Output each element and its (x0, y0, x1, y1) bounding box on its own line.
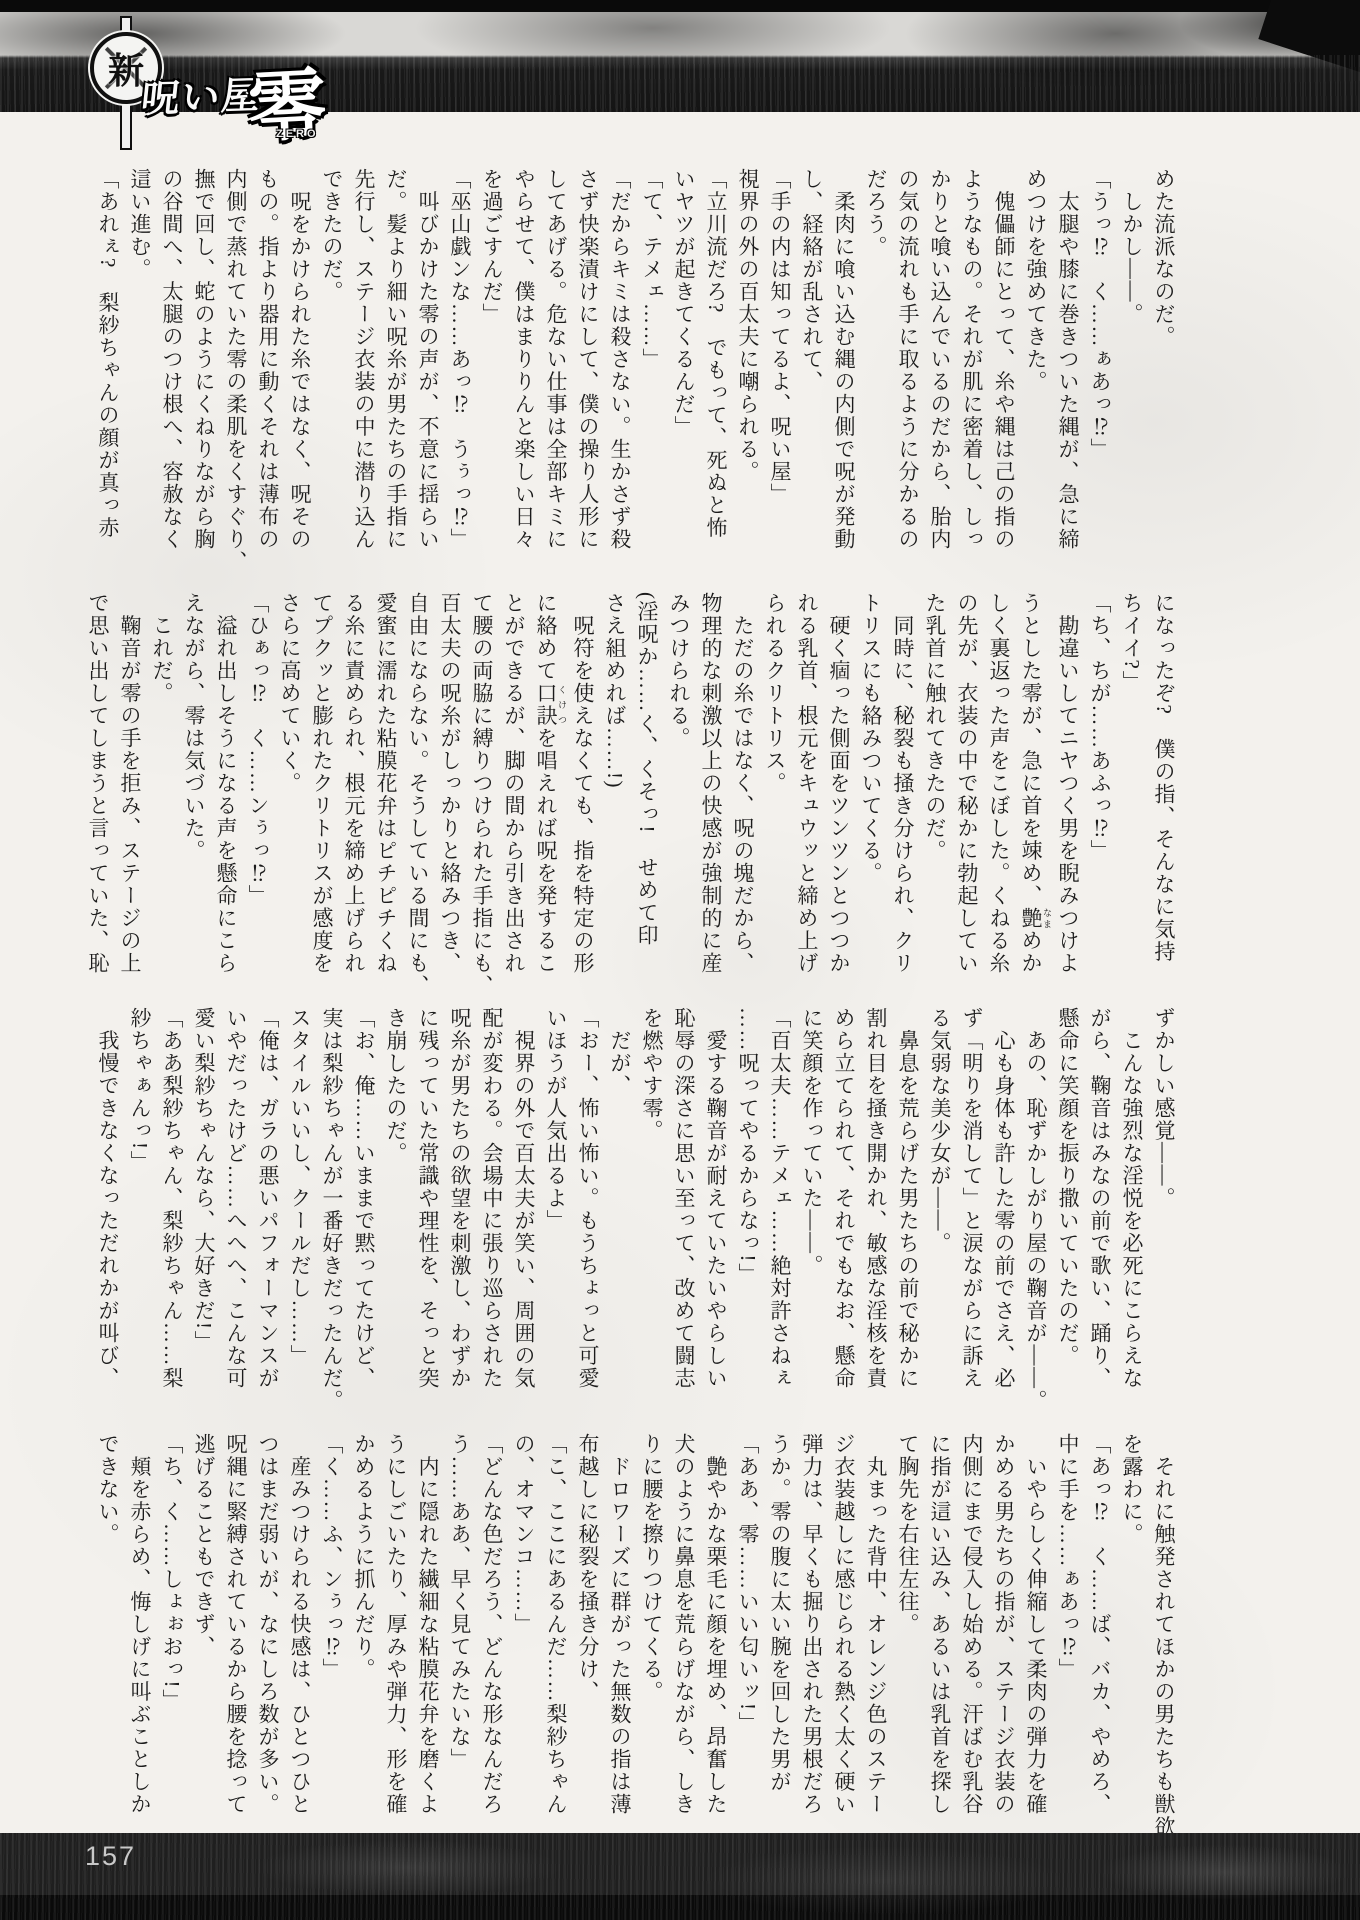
text-line: 呪糸が男たちの欲望を刺激し、わずか (444, 1007, 476, 1391)
text-line: しく裏返った声をこぼした。くねる糸 (983, 592, 1015, 976)
text-line: あの、恥ずかしがり屋の鞠音が——。 (1020, 1007, 1052, 1391)
text-line: 内側にまで侵入し始める。汗ばむ乳谷 (956, 1433, 988, 1817)
text-line: もの。指より器用に動くそれは薄布の (252, 168, 284, 552)
text-line: だ。髪より細い呪糸が男たちの手指に (380, 168, 412, 552)
page-number: 157 (85, 1841, 136, 1872)
text-line: とができるが、脚の間から引き出され (498, 592, 530, 976)
text-line: いヤツが起きてくるんだ」 (668, 168, 700, 552)
text-line: 「どんな色だろう、どんな形なんだろ (476, 1433, 508, 1817)
text-line: を燃やす零。 (636, 1007, 668, 1391)
text-line: 百太夫の呪糸がしっかりと絡みつき、 (434, 592, 466, 976)
text-line: めた流派なのだ。 (1148, 168, 1180, 552)
text-line: 鞠音が零の手を拒み、ステージの上 (114, 592, 146, 976)
text-line: 「く……ふ、ンぅっ⁉」 (316, 1433, 348, 1817)
text-line: ジ衣装越しに感じられる熱く太く硬い (828, 1433, 860, 1817)
text-line: えながら、零は気づいた。 (178, 592, 210, 976)
text-line: がら、鞠音はみなの前で歌い、踊り、 (1084, 1007, 1116, 1391)
text-line: 「だからキミは殺さない。生かさず殺 (604, 168, 636, 552)
text-line: 逃げることもできず、 (188, 1433, 220, 1817)
text-line: 配が変わる。会場中に張り巡らされた (476, 1007, 508, 1391)
text-line: 先行し、ステージ衣装の中に潜り込ん (348, 168, 380, 552)
text-line: て腰の両脇に縛りつけられた手指にも、 (466, 592, 498, 976)
text-line: の気の流れも手に取るように分かるの (892, 168, 924, 552)
text-line: 視界の外の百太夫に嘲られる。 (732, 168, 764, 552)
text-line: してあげる。危ない仕事は全部キミに (540, 168, 572, 552)
text-line: いやだったけど……へへへ、こんな可 (220, 1007, 252, 1391)
text-line: 「お、俺……いままで黙ってたけど、 (348, 1007, 380, 1391)
text-line: これだ。 (146, 592, 178, 976)
text-line: 「ひぁっ⁉ く……ンぅっ⁉」 (242, 592, 274, 976)
text-line: てプクッと膨れたクリトリスが感度を (306, 592, 338, 976)
text-line: 恥辱の深さに思い至って、改めて闘志 (668, 1007, 700, 1391)
text-line: ようなもの。それが肌に密着し、しっ (956, 168, 988, 552)
text-line: かめるように抓んだり。 (348, 1433, 380, 1817)
text-line: 「立川流だろ? でもって、死ぬと怖 (700, 168, 732, 552)
text-line: し、経絡が乱されて、 (796, 168, 828, 552)
text-line: 「あっ⁉ く……ば、バカ、やめろ、 (1084, 1433, 1116, 1817)
text-line: かめる男たちの指が、ステージ衣装の (988, 1433, 1020, 1817)
text-line: いやらしく伸縮して柔肉の弾力を確 (1020, 1433, 1052, 1817)
text-line: 硬く痼った側面をツンツンとつつか (823, 592, 855, 976)
text-line: ずかしい感覚——。 (1148, 1007, 1180, 1391)
text-line: の先が、衣装の中で秘かに勃起してい (951, 592, 983, 976)
text-line: 懸命に笑顔を振り撒いていたのだ。 (1052, 1007, 1084, 1391)
text-line: ず「明りを消して」と涙ながらに訴え (956, 1007, 988, 1391)
text-line: て胸先を右往左往。 (892, 1433, 924, 1817)
text-line: 紗ちゃぁんっ!」 (124, 1007, 156, 1391)
text-line: 頬を赤らめ、悔しげに叫ぶことしか (124, 1433, 156, 1817)
text-line: できたのだ。 (316, 168, 348, 552)
text-line: 布越しに秘裂を掻き分け、 (572, 1433, 604, 1817)
text-line: 犬のように鼻息を荒らげながら、しき (668, 1433, 700, 1817)
text-line: やらせて、僕はまりりんと楽しい日々 (508, 168, 540, 552)
logo-emblem-char: 新 (108, 43, 144, 94)
text-line: ……呪ってやるからなっ!」 (732, 1007, 764, 1391)
text-line: 心も身体も許した零の前でさえ、必 (988, 1007, 1020, 1391)
text-line: 「俺は、ガラの悪いパフォーマンスが (252, 1007, 284, 1391)
text-line: 産みつけられる快感は、ひとつひと (284, 1433, 316, 1817)
text-line: だが、 (604, 1007, 636, 1391)
text-line: それに触発されてほかの男たちも獣欲 (1148, 1433, 1180, 1817)
text-line: 「あれぇ? 梨紗ちゃんの顔が真っ赤 (92, 168, 124, 552)
text-line: 艶やかな栗毛に顔を埋め、昂奮した (700, 1433, 732, 1817)
text-line: めつけを強めてきた。 (1020, 168, 1052, 552)
text-line: 物理的な刺激以上の快感が強制的に産 (695, 592, 727, 976)
text-line: 鼻息を荒らげた男たちの前で秘かに (892, 1007, 924, 1391)
text-line: 内に隠れた繊細な粘膜花弁を磨くよ (412, 1433, 444, 1817)
text-line: 「巫山戯ンな……あっ⁉ うぅっ⁉」 (444, 168, 476, 552)
text-line: 「ち、ちが……あふっ⁉」 (1084, 592, 1116, 976)
text-line: に絡めて口訣くけつを唱えれば呪を発するこ (530, 592, 567, 976)
text-line: トリスにも絡みついてくる。 (855, 592, 887, 976)
logo-zero-caption: ZERO (276, 128, 319, 140)
text-line: 視界の外で百太夫が笑い、周囲の気 (508, 1007, 540, 1391)
text-line: れる乳首、根元をキュウッと締め上げ (791, 592, 823, 976)
text-line: 太腿や膝に巻きついた縄が、急に締 (1052, 168, 1084, 552)
text-line: 「ああ、零……いい匂いッ!」 (732, 1433, 764, 1817)
text-line: ちイイ?」 (1116, 592, 1148, 976)
text-line: さず快楽漬けにして、僕の操り人形に (572, 168, 604, 552)
text-line: 呪をかけられた糸ではなく、呪その (284, 168, 316, 552)
logo-zero-char: 零 (245, 42, 329, 158)
text-line: しかし——。 (1116, 168, 1148, 552)
text-line: る気弱な美少女が——。 (924, 1007, 956, 1391)
text-line: 「うっ⁉ く……ぁあっ⁉」 (1084, 168, 1116, 552)
text-band-1: めた流派なのだ。 しかし——。「うっ⁉ く……ぁあっ⁉」 太腿や膝に巻きついた縄… (85, 168, 1180, 552)
text-line: で思い出してしまうと言っていた、恥 (82, 592, 114, 976)
text-line: 呪符を使えなくても、指を特定の形 (567, 592, 599, 976)
text-band-4: それに触発されてほかの男たちも獣欲を露わに。「あっ⁉ く……ば、バカ、やめろ、中… (85, 1433, 1180, 1817)
text-line: られるクリトリス。 (759, 592, 791, 976)
text-line: うにしごいたり、厚みや弾力、形を確 (380, 1433, 412, 1817)
text-line: の、オマンコ……」 (508, 1433, 540, 1817)
text-line: みつけられる。 (663, 592, 695, 976)
text-line: いほうが人気出るよ」 (540, 1007, 572, 1391)
text-line: る糸に責められ、根元を締め上げられ (338, 592, 370, 976)
text-line: 内側で蒸れていた零の柔肌をくすぐり、 (220, 168, 252, 552)
text-line: かりと喰い込んでいるのだから、胎内 (924, 168, 956, 552)
text-line: た乳首に触れてきたのだ。 (919, 592, 951, 976)
text-line: を過ごすんだ」 (476, 168, 508, 552)
text-line: 「おー、怖い怖い。もうちょっと可愛 (572, 1007, 604, 1391)
text-band-3: ずかしい感覚——。 こんな強烈な淫悦を必死にこらえながら、鞠音はみなの前で歌い、… (85, 1007, 1180, 1391)
text-line: 丸まった背中、オレンジ色のステー (860, 1433, 892, 1817)
text-line: 「こ、ここにあるんだ……梨紗ちゃん (540, 1433, 572, 1817)
text-line: 「ち、く……しょぉおっ!」 (156, 1433, 188, 1817)
text-line: き崩したのだ。 (380, 1007, 412, 1391)
text-line: 傀儡師にとって、糸や縄は己の指の (988, 168, 1020, 552)
text-line: うとした零が、急に首を竦め、艶なまめか (1015, 592, 1052, 976)
text-line: こんな強烈な淫悦を必死にこらえな (1116, 1007, 1148, 1391)
corner-grunge-wedge (1258, 0, 1360, 73)
text-line: つはまだ弱いが、なにしろ数が多い。 (252, 1433, 284, 1817)
text-line: 愛い梨紗ちゃんなら、大好きだ!」 (188, 1007, 220, 1391)
text-line: 這い進む。 (124, 168, 156, 552)
page-footer-band: 157 (0, 1833, 1360, 1920)
text-line: できない。 (92, 1433, 124, 1817)
text-line: さえ組めれば……!) (599, 592, 631, 976)
series-logo: 新 呪い屋 零 ZERO (80, 10, 340, 150)
text-line: 愛蜜に濡れた粘膜花弁はピチピチくね (370, 592, 402, 976)
text-line: を露わに。 (1116, 1433, 1148, 1817)
text-line: りに腰を擦りつけてくる。 (636, 1433, 668, 1817)
text-band-2: になったぞ? 僕の指、そんなに気持ちイイ?」「ち、ちが……あふっ⁉」 勘違いして… (85, 592, 1180, 976)
text-line: 中に手を……ぁあっ⁉」 (1052, 1433, 1084, 1817)
text-line: ただの糸ではなく、呪の塊だから、 (727, 592, 759, 976)
text-line: めら立てられて、それでもなお、懸命 (828, 1007, 860, 1391)
text-line: に残っていた常識や理性を、そっと突 (412, 1007, 444, 1391)
text-line: になったぞ? 僕の指、そんなに気持 (1148, 592, 1180, 976)
text-line: 割れ目を掻き開かれ、敏感な淫核を責 (860, 1007, 892, 1391)
text-line: 柔肉に喰い込む縄の内側で呪が発動 (828, 168, 860, 552)
text-line: 愛する鞠音が耐えていたいやらしい (700, 1007, 732, 1391)
text-line: 同時に、秘裂も掻き分けられ、クリ (887, 592, 919, 976)
text-line: ドロワーズに群がった無数の指は薄 (604, 1433, 636, 1817)
text-line: 呪縄に緊縛されているから腰を捻って (220, 1433, 252, 1817)
text-line: 叫びかけた零の声が、不意に揺らい (412, 168, 444, 552)
text-line: 「ああ梨紗ちゃん、梨紗ちゃん……梨 (156, 1007, 188, 1391)
text-line: う……ああ、早く見てみたいな」 (444, 1433, 476, 1817)
text-line: 弾力は、早くも掘り出された男根だろ (796, 1433, 828, 1817)
text-line: の谷間へ、太腿のつけ根へ、容赦なく (156, 168, 188, 552)
text-line: うか。零の腹に太い腕を回した男が (764, 1433, 796, 1817)
text-line: 自由にならない。そうしている間にも、 (402, 592, 434, 976)
text-line: に指が這い込み、あるいは乳首を探し (924, 1433, 956, 1817)
text-line: 勘違いしてニヤつく男を睨みつけよ (1052, 592, 1084, 976)
text-line: スタイルいいし、クールだし……」 (284, 1007, 316, 1391)
text-line: 溢れ出しそうになる声を懸命にこら (210, 592, 242, 976)
text-line: だろう。 (860, 168, 892, 552)
text-line: 「て、テメェ……」 (636, 168, 668, 552)
text-line: 「手の内は知ってるよ、呪い屋」 (764, 168, 796, 552)
text-line: 我慢できなくなっただれかが叫び、 (92, 1007, 124, 1391)
text-line: に笑顔を作っていた——。 (796, 1007, 828, 1391)
text-line: さらに高めていく。 (274, 592, 306, 976)
text-line: (淫呪か……く、くそっ! せめて印 (631, 592, 663, 976)
text-line: 「百太夫……テメェ……絶対許さねぇ (764, 1007, 796, 1391)
text-line: 実は梨紗ちゃんが一番好きだったんだ。 (316, 1007, 348, 1391)
text-line: 撫で回し、蛇のようにくねりながら胸 (188, 168, 220, 552)
